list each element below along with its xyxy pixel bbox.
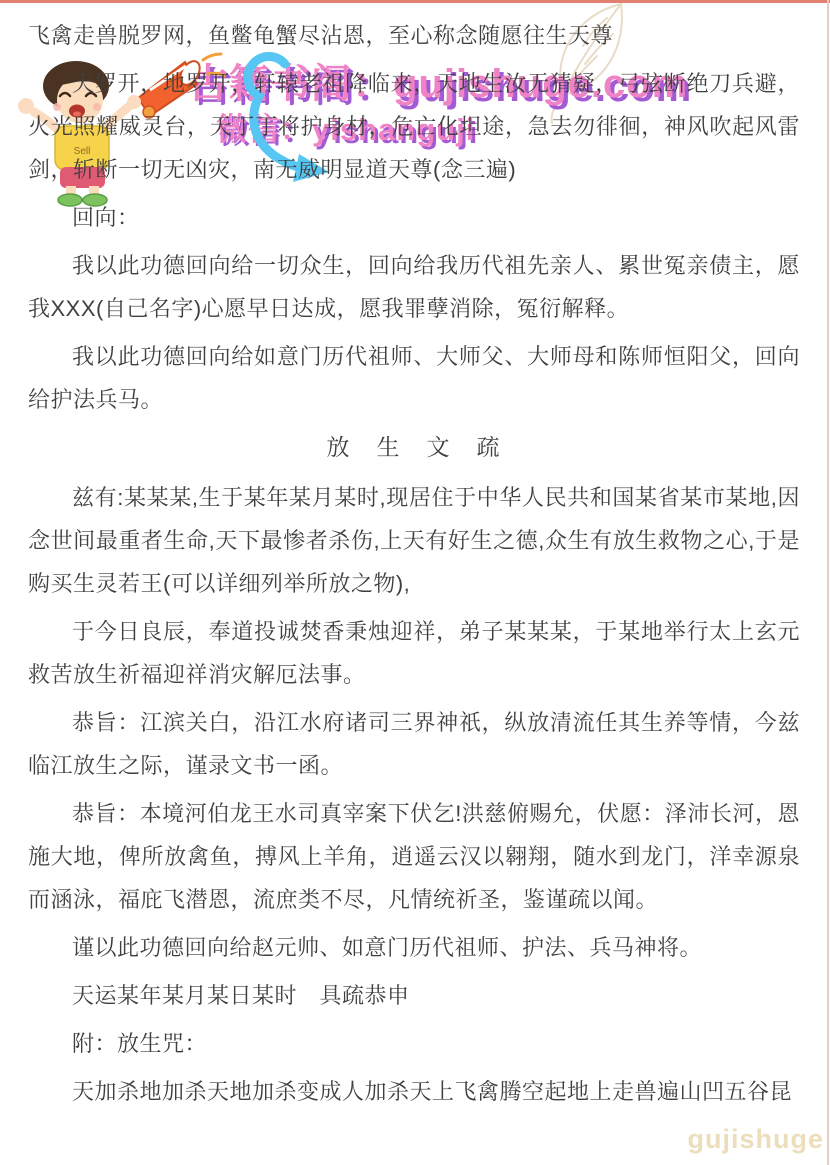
paragraph-appendix-label: 附：放生咒： bbox=[28, 1022, 800, 1065]
page-top-border bbox=[0, 0, 830, 3]
paragraph-dedication-1: 我以此功德回向给一切众生，回向给我历代祖先亲人、累世冤亲债主，愿我XXX(自己名… bbox=[28, 244, 800, 330]
paragraph-gongzhi-1: 恭旨：江滨关白，沿江水府诸司三界神祇，纵放清流任其生养等情，今兹临江放生之际，谨… bbox=[28, 701, 800, 787]
paragraph-gongzhi-2: 恭旨：本境河伯龙王水司真宰案下伏乞!洪慈俯赐允，伏愿：泽沛长河，恩施大地，俾所放… bbox=[28, 792, 800, 921]
paragraph-merit-dedication: 谨以此功德回向给赵元帅、如意门历代祖师、护法、兵马神将。 bbox=[28, 926, 800, 969]
document-page: 古籍书阁：gujishuge.com 微信：yishanguji Sell bbox=[0, 0, 830, 1165]
paragraph-huixiang-label: 回向： bbox=[28, 196, 800, 239]
page-right-border bbox=[827, 0, 829, 1165]
paragraph-dedication-2: 我以此功德回向给如意门历代祖师、大师父、大师母和陈师恒阳父，回向给护法兵马。 bbox=[28, 335, 800, 421]
paragraph-incantation: 天罗开，地罗开，轩辕老祖降临来，天地生汝无猜疑，弓弦断绝刀兵避，火光照耀威灵台，… bbox=[28, 62, 800, 191]
paragraph-declaration: 兹有:某某某,生于某年某月某时,现居住于中华人民共和国某省某市某地,因念世间最重… bbox=[28, 476, 800, 605]
corner-watermark-text: gujishuge bbox=[688, 1124, 825, 1155]
document-body: 飞禽走兽脱罗网，鱼鳖龟蟹尽沾恩，至心称念随愿往生天尊 天罗开，地罗开，轩辕老祖降… bbox=[0, 14, 830, 1118]
paragraph-date-line: 天运某年某月某日某时 具疏恭申 bbox=[28, 974, 800, 1017]
paragraph-release-mantra: 天加杀地加杀天地加杀变成人加杀天上飞禽腾空起地上走兽遍山凹五谷昆 bbox=[28, 1070, 800, 1113]
paragraph-ceremony: 于今日良辰，奉道投诚焚香秉烛迎祥，弟子某某某，于某地举行太上玄元救苦放生祈福迎祥… bbox=[28, 610, 800, 696]
paragraph-opening-verse: 飞禽走兽脱罗网，鱼鳖龟蟹尽沾恩，至心称念随愿往生天尊 bbox=[28, 14, 800, 57]
document-title: 放 生 文 疏 bbox=[28, 426, 800, 469]
